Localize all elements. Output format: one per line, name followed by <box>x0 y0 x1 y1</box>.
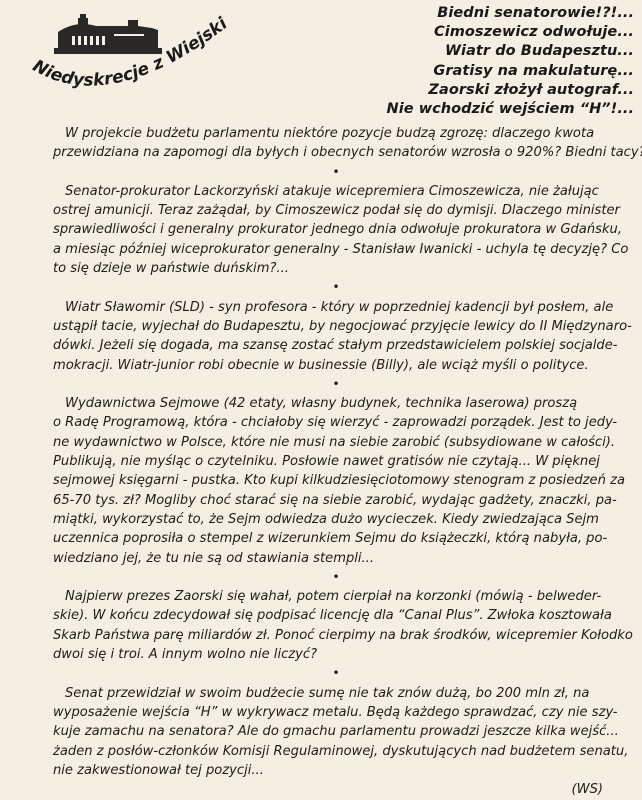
paragraph-senat-wejscie-h: Senat przewidział w swoim budżecie sumę … <box>53 684 619 780</box>
headline-item: Wiatr do Budapesztu... <box>274 42 634 61</box>
article-body: W projekcie budżetu parlamentu niektóre … <box>53 124 619 799</box>
text-line: miątki, wykorzystać to, że Sejm odwiedza… <box>53 510 619 529</box>
text-line: Wiatr Sławomir (SLD) - syn profesora - k… <box>53 298 619 317</box>
text-line: Najpierw prezes Zaorski się wahał, potem… <box>53 587 619 606</box>
text-line: skie). W końcu zdecydował się podpisać l… <box>53 606 619 625</box>
text-line: mokracji. Wiatr-junior robi obecnie w bu… <box>53 356 619 375</box>
text-line: Senator-prokurator Lackorzyński atakuje … <box>53 182 619 201</box>
headline-teasers: Biedni senatorowie!?!... Cimoszewicz odw… <box>274 4 634 119</box>
text-line: kuje zamachu na senatora? Ale do gmachu … <box>53 722 619 741</box>
text-line: Publikują, nie myśląc o czytelniku. Posł… <box>53 452 619 471</box>
magazine-page: Niedyskrecje z Wiejskiej Biedni senatoro… <box>0 0 642 800</box>
text-line: ostrej amunicji. Teraz zażądał, by Cimos… <box>53 201 619 220</box>
paragraph-senators-aid: W projekcie budżetu parlamentu niektóre … <box>53 124 619 163</box>
headline-item: Cimoszewicz odwołuje... <box>274 23 634 42</box>
text-line: Wydawnictwa Sejmowe (42 etaty, własny bu… <box>53 394 619 413</box>
text-line: przewidziana na zapomogi dla byłych i ob… <box>53 143 619 162</box>
headline-item: Biedni senatorowie!?!... <box>274 4 634 23</box>
text-line: W projekcie budżetu parlamentu niektóre … <box>53 124 619 143</box>
separator-bullet: • <box>53 278 619 297</box>
headline-item: Gratisy na makulaturę... <box>274 62 634 81</box>
text-line: to się dzieje w państwie duńskim?... <box>53 259 619 278</box>
masthead-logo: Niedyskrecje z Wiejskiej <box>18 6 248 106</box>
separator-bullet: • <box>53 375 619 394</box>
separator-bullet: • <box>53 568 619 587</box>
author-signature: (WS) <box>53 780 619 799</box>
text-line: o Radę Programową, która - chciałoby się… <box>53 413 619 432</box>
paragraph-wiatr: Wiatr Sławomir (SLD) - syn profesora - k… <box>53 298 619 375</box>
text-line: Skarb Państwa parę miliardów zł. Ponoć c… <box>53 626 619 645</box>
text-line: 65-70 tys. zł? Mogliby choć starać się n… <box>53 491 619 510</box>
headline-item: Nie wchodzić wejściem “H”!... <box>274 100 634 119</box>
text-line: ne wydawnictwo w Polsce, które nie musi … <box>53 433 619 452</box>
separator-bullet: • <box>53 163 619 182</box>
text-line: dwoi się i troi. A innym wolno nie liczy… <box>53 645 619 664</box>
text-line: wyposażenie wejścia “H” w wykrywacz meta… <box>53 703 619 722</box>
headline-item: Zaorski złożył autograf... <box>274 81 634 100</box>
text-line: dówki. Jeżeli się dogada, ma szansę zost… <box>53 336 619 355</box>
paragraph-wydawnictwa: Wydawnictwa Sejmowe (42 etaty, własny bu… <box>53 394 619 568</box>
text-line: Senat przewidział w swoim budżecie sumę … <box>53 684 619 703</box>
text-line: uczennica poprosiła o stempel z wizerunk… <box>53 529 619 548</box>
text-line: żaden z posłów-członków Komisji Regulami… <box>53 742 619 761</box>
text-line: nie zakwestionował tej pozycji... <box>53 761 619 780</box>
paragraph-cimoszewicz: Senator-prokurator Lackorzyński atakuje … <box>53 182 619 278</box>
text-line: ustąpił tacie, wyjechał do Budapesztu, b… <box>53 317 619 336</box>
text-line: sprawiedliwości i generalny prokurator j… <box>53 220 619 239</box>
separator-bullet: • <box>53 664 619 683</box>
text-line: a miesiąc później wiceprokurator general… <box>53 240 619 259</box>
text-line: wiedziano jej, że tu nie są od stawiania… <box>53 549 619 568</box>
parliament-building-icon: Niedyskrecje z Wiejskiej <box>18 6 248 106</box>
text-line: sejmowej księgarni - pustka. Kto kupi ki… <box>53 471 619 490</box>
paragraph-zaorski: Najpierw prezes Zaorski się wahał, potem… <box>53 587 619 664</box>
